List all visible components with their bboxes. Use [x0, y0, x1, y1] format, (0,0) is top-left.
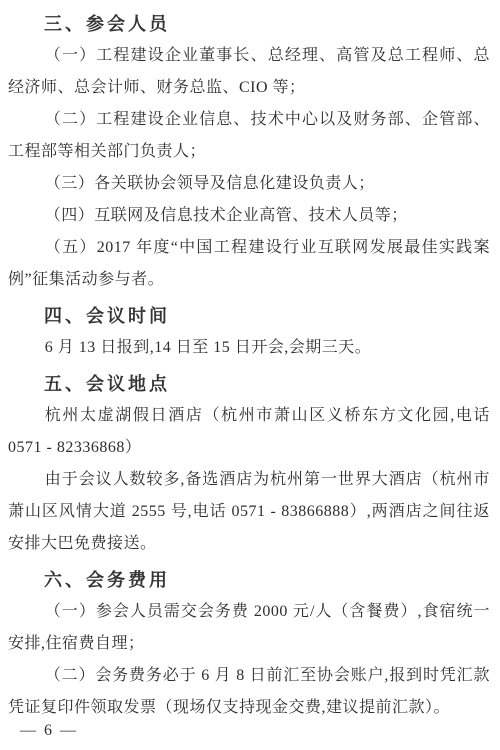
- document-body: 三、参会人员（一）工程建设企业董事长、总经理、高管及总工程师、总经济师、总会计师…: [8, 8, 490, 724]
- paragraph: （四）互联网及信息技术企业高管、技术人员等；: [8, 200, 490, 232]
- section-heading: 六、会务费用: [8, 564, 490, 596]
- page-number: — 6 —: [20, 722, 78, 740]
- paragraph: （二）会务费务必于 6 月 8 日前汇至协会账户,报到时凭汇款凭证复印件领取发票…: [8, 660, 490, 724]
- paragraph: （五）2017 年度“中国工程建设行业互联网发展最佳实践案例”征集活动参与者。: [8, 232, 490, 296]
- section-heading: 四、会议时间: [8, 300, 490, 332]
- paragraph: （二）工程建设企业信息、技术中心以及财务部、企管部、工程部等相关部门负责人；: [8, 104, 490, 168]
- paragraph: 杭州太虚湖假日酒店（杭州市萧山区义桥东方文化园,电话 0571 - 823368…: [8, 400, 490, 464]
- paragraph: （一）参会人员需交会务费 2000 元/人（含餐费）,食宿统一安排,住宿费自理；: [8, 596, 490, 660]
- paragraph: （三）各关联协会领导及信息化建设负责人；: [8, 168, 490, 200]
- document-page: 三、参会人员（一）工程建设企业董事长、总经理、高管及总工程师、总经济师、总会计师…: [0, 0, 500, 750]
- paragraph: （一）工程建设企业董事长、总经理、高管及总工程师、总经济师、总会计师、财务总监、…: [8, 40, 490, 104]
- paragraph: 由于会议人数较多,备选酒店为杭州第一世界大酒店（杭州市萧山区风情大道 2555 …: [8, 464, 490, 560]
- section-heading: 五、会议地点: [8, 368, 490, 400]
- paragraph: 6 月 13 日报到,14 日至 15 日开会,会期三天。: [8, 332, 490, 364]
- section-heading: 三、参会人员: [8, 8, 490, 40]
